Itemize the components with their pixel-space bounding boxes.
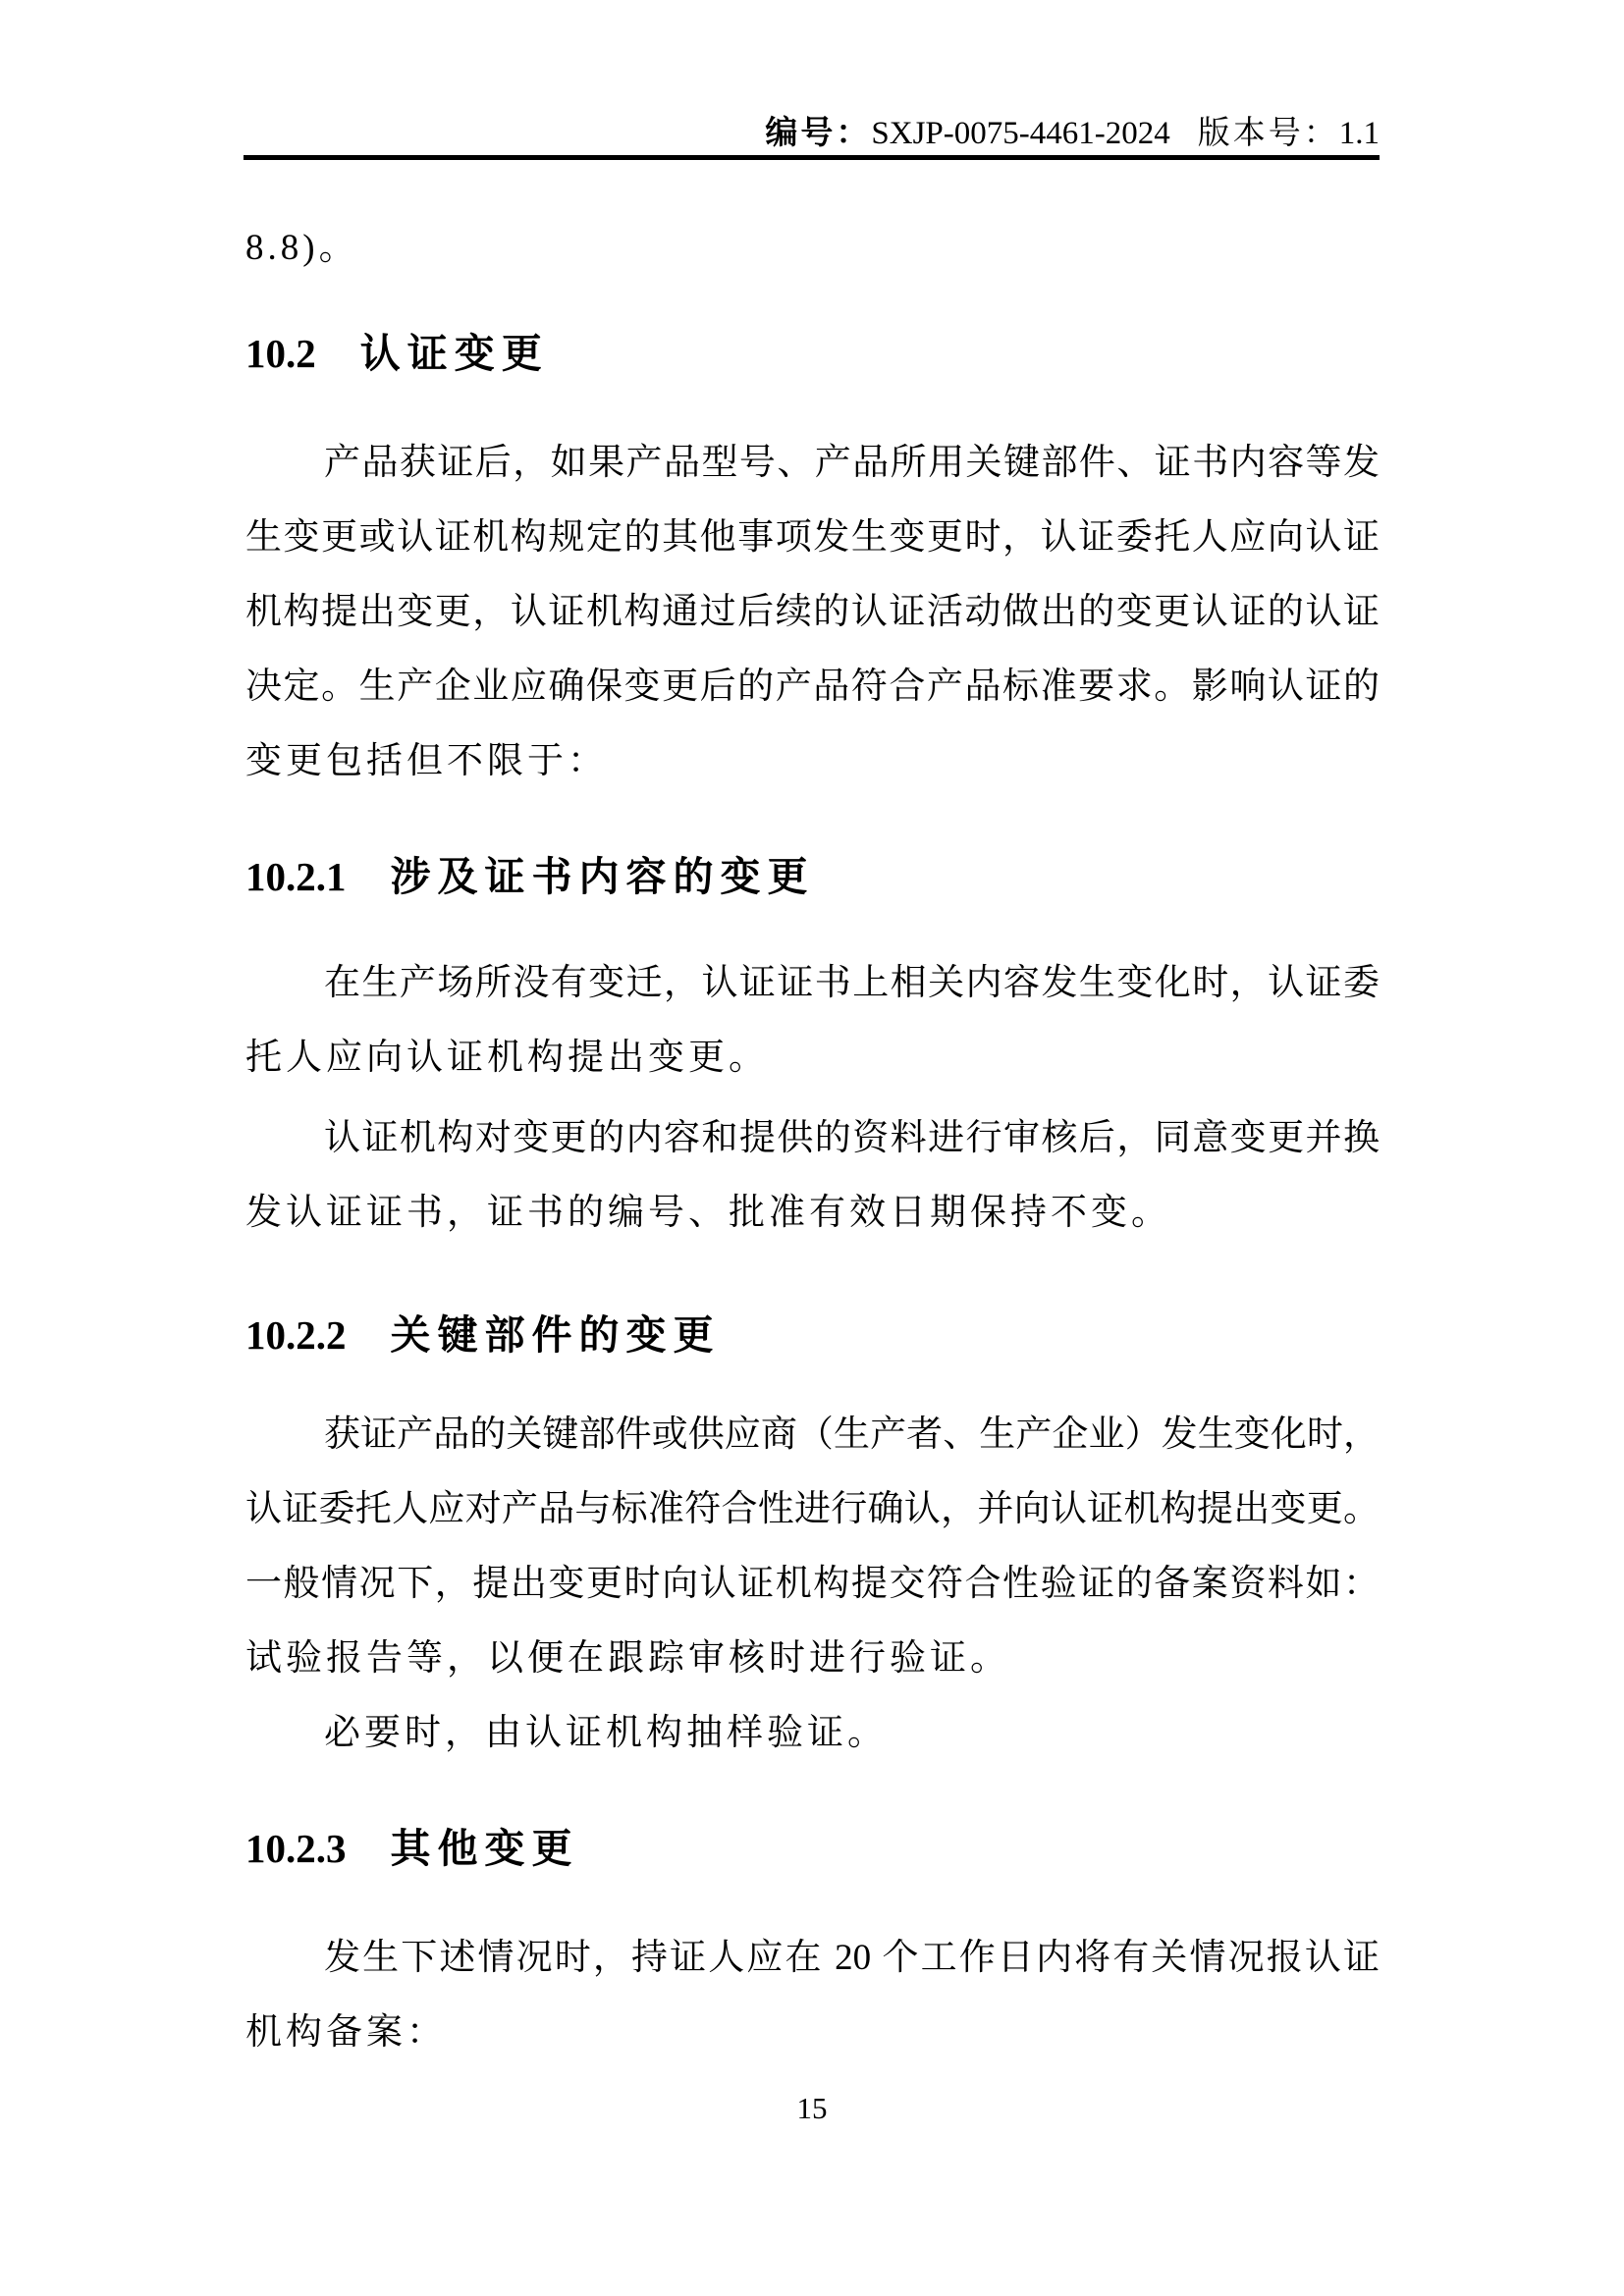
paragraph-line: 在生产场所没有变迁，认证证书上相关内容发生变化时，认证委 xyxy=(245,946,1380,1021)
heading-title: 涉及证书内容的变更 xyxy=(391,854,815,899)
header-rule xyxy=(244,155,1380,160)
paragraph: 必要时，由认证机构抽样验证。 xyxy=(245,1696,1380,1771)
paragraph-line: 必要时，由认证机构抽样验证。 xyxy=(245,1696,1380,1771)
heading-number: 10.2.1 xyxy=(245,854,347,899)
paragraph-line: 机构提出变更，认证机构通过后续的认证活动做出的变更认证的认证 xyxy=(245,575,1380,650)
heading-title: 关键部件的变更 xyxy=(391,1312,721,1358)
paragraph-line: 决定。生产企业应确保变更后的产品符合产品标准要求。影响认证的 xyxy=(245,650,1380,724)
section-heading-10-2-2: 10.2.2关键部件的变更 xyxy=(245,1298,1380,1372)
version-label: 版本号： xyxy=(1198,116,1339,151)
heading-number: 10.2.2 xyxy=(245,1312,347,1358)
paragraph: 在生产场所没有变迁，认证证书上相关内容发生变化时，认证委 托人应向认证机构提出变… xyxy=(245,946,1380,1095)
version-value: 1.1 xyxy=(1339,116,1380,151)
section-heading-10-2-3: 10.2.3其他变更 xyxy=(245,1811,1380,1886)
paragraph-line: 机构备案： xyxy=(245,1996,1380,2070)
paragraph-line: 8.8)。 xyxy=(245,211,1380,286)
section-heading-10-2: 10.2认证变更 xyxy=(245,316,1380,391)
paragraph-line: 试验报告等，以便在跟踪审核时进行验证。 xyxy=(245,1622,1380,1696)
document-page: 编号：SXJP-0075-4461-2024版本号：1.1 8.8)。 10.2… xyxy=(0,0,1624,2296)
paragraph-line: 产品获证后，如果产品型号、产品所用关键部件、证书内容等发 xyxy=(245,426,1380,501)
paragraph: 获证产品的关键部件或供应商（生产者、生产企业）发生变化时， 认证委托人应对产品与… xyxy=(245,1398,1380,1696)
heading-number: 10.2.3 xyxy=(245,1826,347,1871)
paragraph-line: 发认证证书，证书的编号、批准有效日期保持不变。 xyxy=(245,1176,1380,1251)
paragraph-line: 托人应向认证机构提出变更。 xyxy=(245,1021,1380,1095)
paragraph-line: 变更包括但不限于： xyxy=(245,724,1380,799)
paragraph: 产品获证后，如果产品型号、产品所用关键部件、证书内容等发 生变更或认证机构规定的… xyxy=(245,426,1380,799)
paragraph-line: 获证产品的关键部件或供应商（生产者、生产企业）发生变化时， xyxy=(245,1398,1380,1472)
paragraph-line: 认证机构对变更的内容和提供的资料进行审核后，同意变更并换 xyxy=(245,1101,1380,1176)
heading-title: 其他变更 xyxy=(391,1826,579,1871)
doc-number-label: 编号： xyxy=(765,114,871,150)
doc-number-value: SXJP-0075-4461-2024 xyxy=(871,116,1169,151)
paragraph-line: 一般情况下，提出变更时向认证机构提交符合性验证的备案资料如： xyxy=(245,1547,1380,1622)
page-number: 15 xyxy=(0,2071,1624,2146)
paragraph: 发生下述情况时，持证人应在 20 个工作日内将有关情况报认证 机构备案： xyxy=(245,1921,1380,2070)
section-heading-10-2-1: 10.2.1涉及证书内容的变更 xyxy=(245,839,1380,914)
heading-title: 认证变更 xyxy=(360,331,549,376)
paragraph: 认证机构对变更的内容和提供的资料进行审核后，同意变更并换 发认证证书，证书的编号… xyxy=(245,1101,1380,1251)
carryover-paragraph: 8.8)。 xyxy=(245,211,1380,286)
paragraph-line: 认证委托人应对产品与标准符合性进行确认，并向认证机构提出变更。 xyxy=(245,1472,1380,1547)
heading-number: 10.2 xyxy=(245,331,316,376)
paragraph-line: 发生下述情况时，持证人应在 20 个工作日内将有关情况报认证 xyxy=(245,1921,1380,1996)
paragraph-line: 生变更或认证机构规定的其他事项发生变更时，认证委托人应向认证 xyxy=(245,501,1380,575)
